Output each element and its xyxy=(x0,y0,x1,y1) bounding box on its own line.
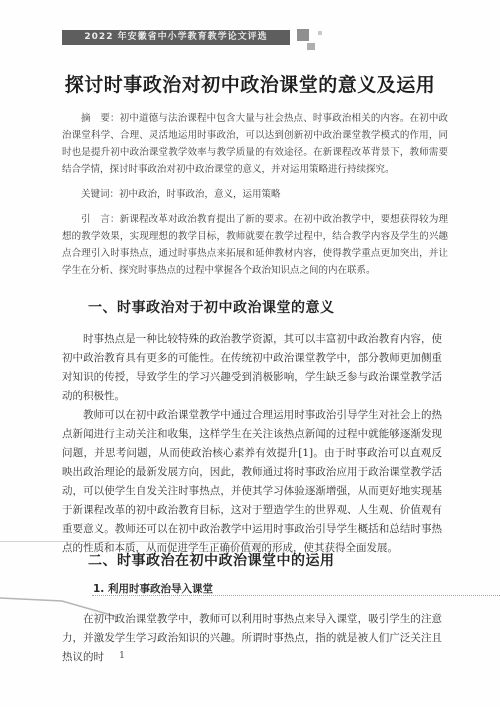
header-banner: 2022 年安徽省中小学教育教学论文评选 xyxy=(62,30,290,45)
document-page: 2022 年安徽省中小学教育教学论文评选 探讨时事政治对初中政治课堂的意义及运用… xyxy=(0,0,500,707)
front-matter: 摘 要：初中道德与法治课程中包含大量与社会热点、时事政治相关的内容。在初中政治课… xyxy=(62,110,448,279)
header-banner-text: 2022 年安徽省中小学教育教学论文评选 xyxy=(84,32,267,42)
introduction-text: 新课程改革对政治教育提出了新的要求。在初中政治教学中，要想获得较为理想的教学效果… xyxy=(62,214,448,276)
introduction-label: 引 言： xyxy=(81,214,120,225)
keywords-text: 初中政治，时事政治，意义，运用策略 xyxy=(119,189,281,200)
section-divider-line xyxy=(0,541,285,542)
keywords-label: 关键词： xyxy=(81,189,119,200)
decor-square-large xyxy=(297,29,309,41)
introduction-paragraph: 引 言：新课程改革对政治教育提出了新的要求。在初中政治教学中，要想获得较为理想的… xyxy=(62,211,448,279)
page-title: 探讨时事政治对初中政治课堂的意义及运用 xyxy=(0,70,500,97)
decor-square-small xyxy=(307,43,315,50)
page-number: 1 xyxy=(114,651,130,661)
subsection-dotted-underline xyxy=(92,595,500,596)
keywords-line: 关键词：初中政治，时事政治，意义，运用策略 xyxy=(62,186,448,203)
abstract-text: 初中道德与法治课程中包含大量与社会热点、时事政治相关的内容。在初中政治课堂科学、… xyxy=(62,113,448,175)
abstract-paragraph: 摘 要：初中道德与法治课程中包含大量与社会热点、时事政治相关的内容。在初中政治课… xyxy=(62,110,448,178)
decor-square-dot xyxy=(318,31,322,35)
section-1-paragraph: 教师可以在初中政治课堂教学中通过合理运用时事政治引导学生对社会上的热点新闻进行主… xyxy=(62,406,442,558)
abstract-label: 摘 要： xyxy=(81,113,120,124)
section-1-paragraph: 时事热点是一种比较特殊的政治教学资源，其可以丰富初中政治教育内容，使初中政治教育… xyxy=(62,330,442,406)
section-1-heading: 一、时事政治对于初中政治课堂的意义 xyxy=(88,297,335,317)
section-1-body: 时事热点是一种比较特殊的政治教学资源，其可以丰富初中政治教育内容，使初中政治教育… xyxy=(62,330,442,558)
section-2-heading: 二、时事政治在初中政治课堂中的运用 xyxy=(88,550,335,570)
